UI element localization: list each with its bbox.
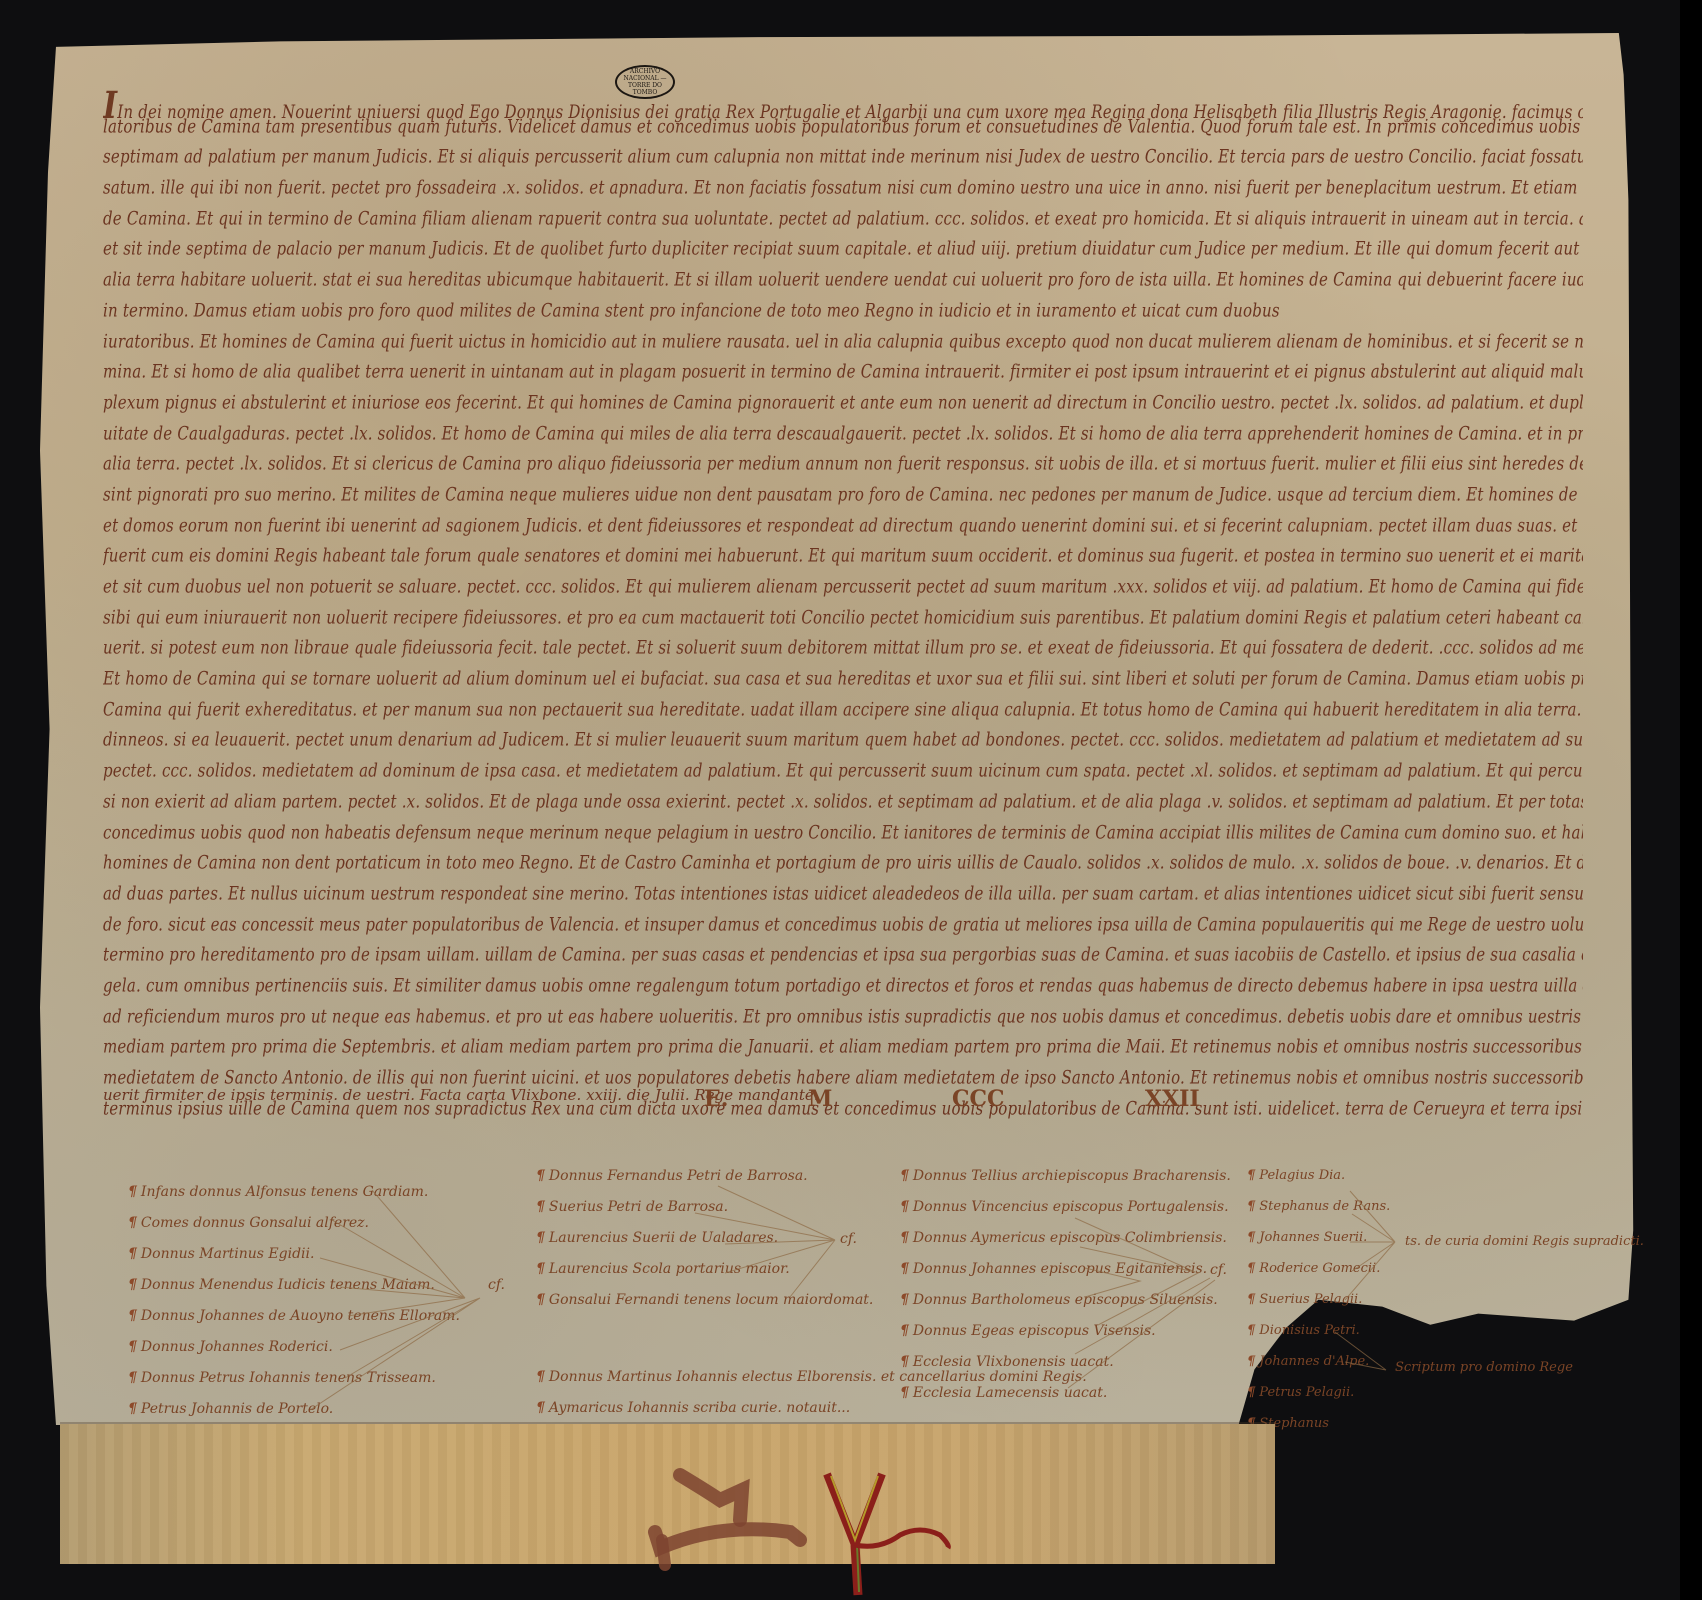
seal-cord-icon: [0, 0, 1702, 1600]
